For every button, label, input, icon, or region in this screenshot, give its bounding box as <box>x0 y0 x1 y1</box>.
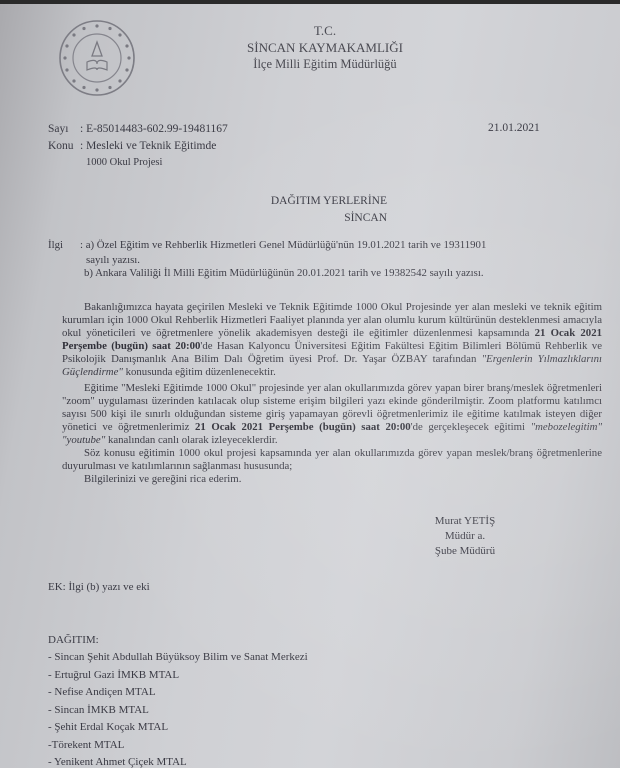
document-page: T.C. SİNCAN KAYMAKAMLIĞI İlçe Milli Eğit… <box>0 4 620 768</box>
subject-line-1: : Mesleki ve Teknik Eğitimde <box>80 140 216 152</box>
list-item: - Ertuğrul Gazi İMKB MTAL <box>48 667 308 685</box>
subject-label: Konu <box>48 139 80 153</box>
distribution-title: DAĞITIM: <box>48 634 99 646</box>
directorate-name: İlçe Milli Eğitim Müdürlüğü <box>200 56 450 73</box>
event-datetime-2: 21 Ocak 2021 Perşembe (bugün) saat 20:00 <box>195 421 411 433</box>
document-date: 21.01.2021 <box>488 122 540 134</box>
reference-a: İlgi: a) Özel Eğitim ve Rehberlik Hizmet… <box>48 238 486 252</box>
ministry-seal-icon <box>57 18 137 98</box>
country-label: T.C. <box>200 22 450 39</box>
number-label: Sayı <box>48 122 80 136</box>
paragraph-2: Eğitime "Mesleki Eğitimde 1000 Okul" pro… <box>62 382 602 447</box>
paragraph-3: Söz konusu eğitimin 1000 okul projesi ka… <box>62 447 602 473</box>
list-item: - Sincan Şehit Abdullah Büyüksoy Bilim v… <box>48 649 308 667</box>
attachment-note: EK: İlgi (b) yazı ve eki <box>48 581 150 593</box>
number-row: Sayı: E-85014483-602.99-19481167 <box>48 122 228 136</box>
reference-label: İlgi <box>48 238 80 252</box>
number-value: : E-85014483-602.99-19481167 <box>80 123 228 135</box>
reference-a-line-1: : a) Özel Eğitim ve Rehberlik Hizmetleri… <box>80 239 486 251</box>
channel-name: "mebozelegitim" <box>531 421 602 433</box>
subject-row: Konu: Mesleki ve Teknik Eğitimde <box>48 139 216 153</box>
list-item: - Nefise Andiçen MTAL <box>48 684 308 702</box>
signatory-title-1: Müdür a. <box>420 529 510 544</box>
list-item: - Sincan İMKB MTAL <box>48 702 308 720</box>
recipient-line-2: SİNCAN <box>262 210 387 227</box>
letterhead: T.C. SİNCAN KAYMAKAMLIĞI İlçe Milli Eğit… <box>200 22 450 73</box>
recipient-block: DAĞITIM YERLERİNE SİNCAN <box>262 193 387 227</box>
reference-b: b) Ankara Valiliği İl Milli Eğitim Müdür… <box>84 266 484 280</box>
letter-body: Bakanlığımızca hayata geçirilen Mesleki … <box>62 301 602 486</box>
recipient-line-1: DAĞITIM YERLERİNE <box>262 193 387 210</box>
paragraph-1: Bakanlığımızca hayata geçirilen Mesleki … <box>62 301 602 379</box>
subject-line-2: 1000 Okul Projesi <box>86 156 162 170</box>
paragraph-4: Bilgilerinizi ve gereğini rica ederim. <box>62 473 602 486</box>
list-item: - Şehit Erdal Koçak MTAL <box>48 719 308 737</box>
signatory-name: Murat YETİŞ <box>420 514 510 529</box>
signatory-title-2: Şube Müdürü <box>420 544 510 559</box>
list-item: - Yenikent Ahmet Çiçek MTAL <box>48 754 308 768</box>
platform-name: "youtube" <box>62 434 105 446</box>
governorship-name: SİNCAN KAYMAKAMLIĞI <box>200 39 450 56</box>
reference-a-line-2: sayılı yazısı. <box>86 253 140 267</box>
distribution-list: - Sincan Şehit Abdullah Büyüksoy Bilim v… <box>48 649 308 768</box>
signature-block: Murat YETİŞ Müdür a. Şube Müdürü <box>420 514 510 559</box>
list-item: -Törekent MTAL <box>48 737 308 755</box>
